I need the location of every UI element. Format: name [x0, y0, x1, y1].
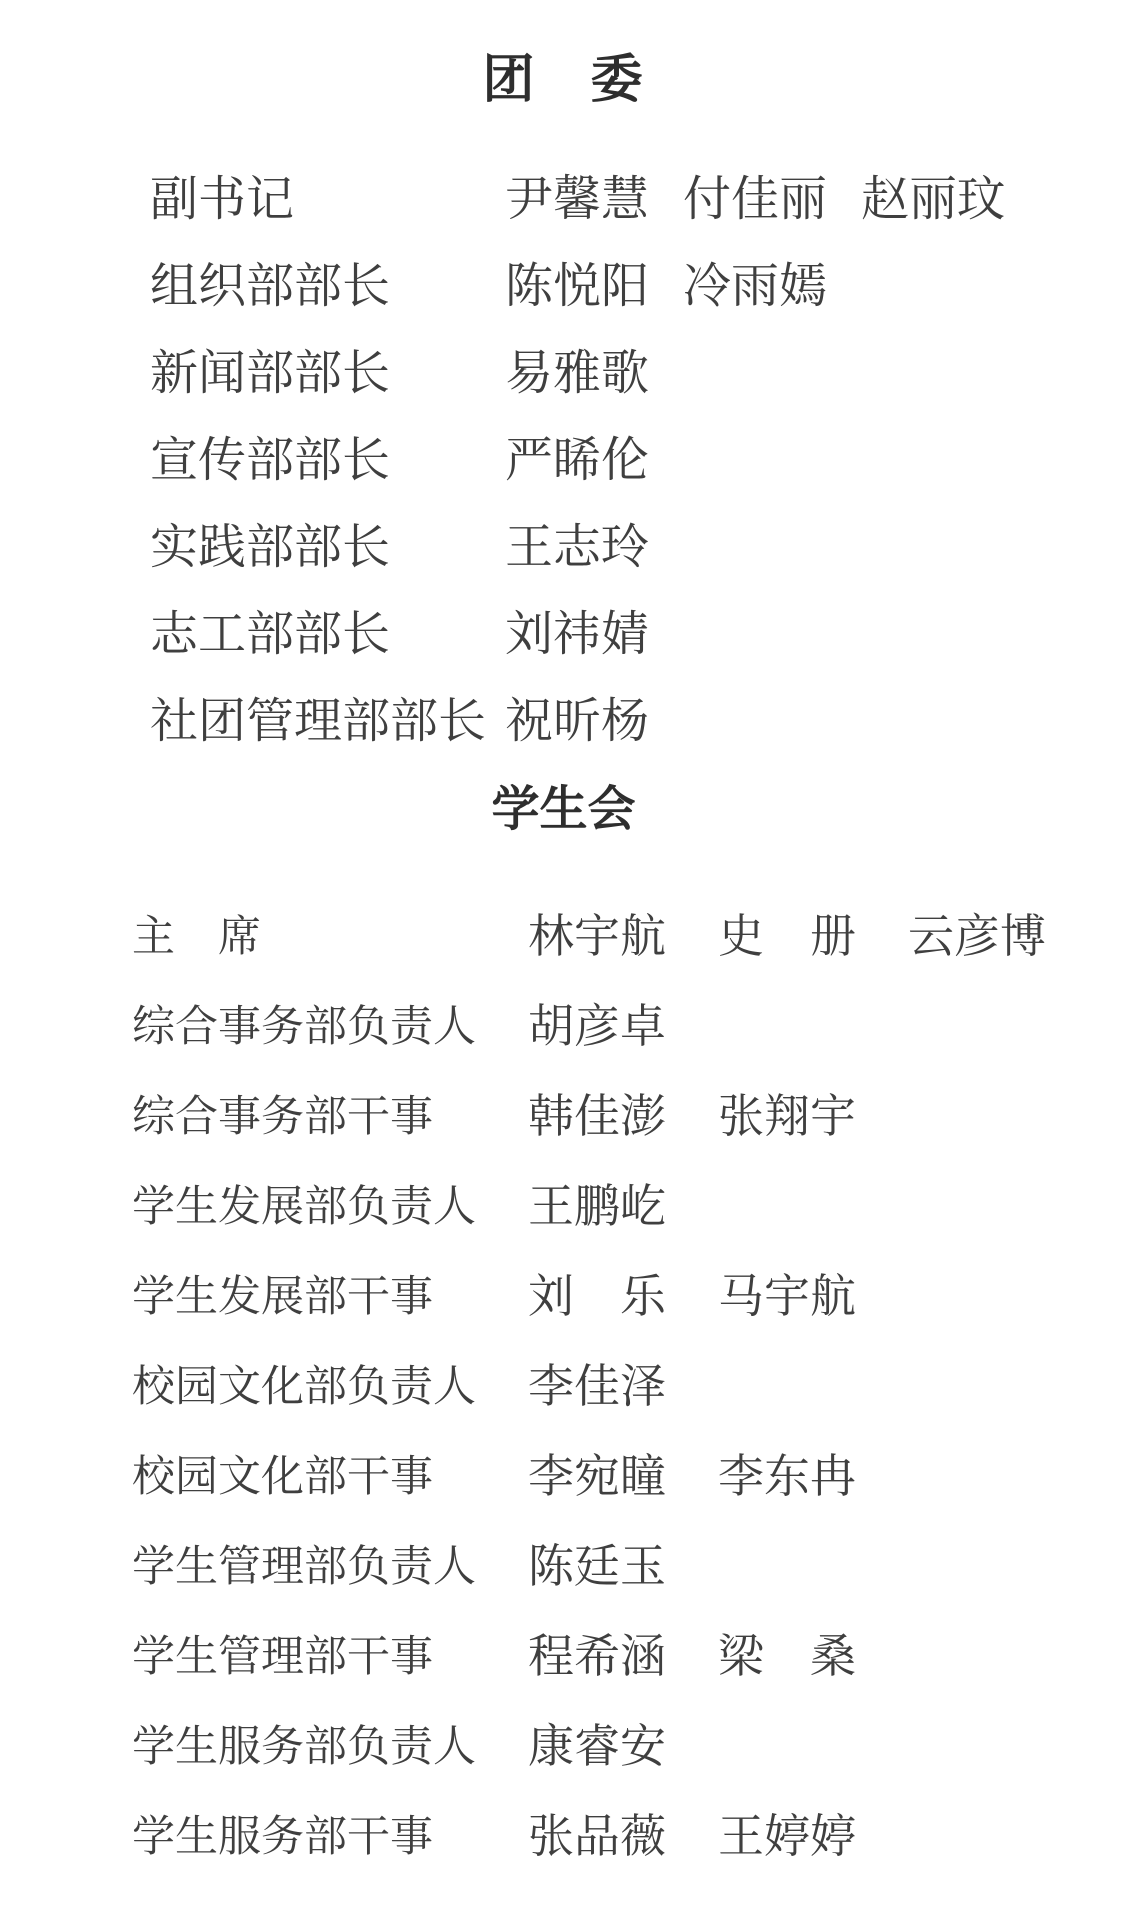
role-label: 主 席 — [0, 903, 528, 964]
name-list: 陈廷玉 — [528, 1530, 666, 1596]
member-row: 新闻部部长易雅歌 — [0, 325, 1127, 412]
member-row: 校园文化部干事李宛瞳李东冉 — [0, 1428, 1127, 1518]
name-list: 韩佳澎张翔宇 — [528, 1080, 856, 1146]
member-name: 张翔宇 — [718, 1080, 856, 1146]
member-row: 组织部部长陈悦阳冷雨嫣 — [0, 238, 1127, 325]
member-name: 马宇航 — [718, 1260, 856, 1326]
member-row: 志工部部长刘祎婧 — [0, 586, 1127, 673]
member-name: 李佳泽 — [528, 1350, 666, 1416]
member-row: 校园文化部负责人李佳泽 — [0, 1338, 1127, 1428]
role-label: 新闻部部长 — [0, 334, 505, 403]
role-label: 组织部部长 — [0, 247, 505, 316]
member-name: 王婷婷 — [718, 1800, 856, 1866]
name-list: 刘祎婧 — [505, 595, 649, 664]
youth-league-member-list: 副书记尹馨慧付佳丽赵丽玟组织部部长陈悦阳冷雨嫣新闻部部长易雅歌宣传部部长严睎伦实… — [0, 151, 1127, 760]
name-list: 康睿安 — [528, 1710, 666, 1776]
member-row: 综合事务部负责人胡彦卓 — [0, 978, 1127, 1068]
role-label: 学生服务部负责人 — [0, 1713, 528, 1774]
member-row: 副书记尹馨慧付佳丽赵丽玟 — [0, 151, 1127, 238]
member-name: 陈廷玉 — [528, 1530, 666, 1596]
member-row: 社团管理部部长祝昕杨 — [0, 673, 1127, 760]
name-list: 王志玲 — [505, 508, 649, 577]
member-name: 胡彦卓 — [528, 990, 666, 1056]
name-list: 胡彦卓 — [528, 990, 666, 1056]
member-name: 陈悦阳 — [505, 247, 649, 316]
member-row: 学生管理部负责人陈廷玉 — [0, 1518, 1127, 1608]
name-list: 严睎伦 — [505, 421, 649, 490]
member-name: 祝昕杨 — [505, 682, 649, 751]
role-label: 综合事务部负责人 — [0, 993, 528, 1054]
role-label: 学生管理部干事 — [0, 1623, 528, 1684]
member-name: 赵丽玟 — [861, 160, 1005, 229]
role-label: 学生发展部负责人 — [0, 1173, 528, 1234]
name-list: 尹馨慧付佳丽赵丽玟 — [505, 160, 1005, 229]
member-row: 学生服务部干事张品薇王婷婷 — [0, 1788, 1127, 1878]
member-name: 尹馨慧 — [505, 160, 649, 229]
member-row: 学生服务部负责人康睿安 — [0, 1698, 1127, 1788]
role-label: 副书记 — [0, 160, 505, 229]
member-name: 张品薇 — [528, 1800, 666, 1866]
member-name: 梁 桑 — [718, 1620, 856, 1686]
member-row: 综合事务部干事韩佳澎张翔宇 — [0, 1068, 1127, 1158]
member-name: 李宛瞳 — [528, 1440, 666, 1506]
member-row: 主 席林宇航史 册云彦博 — [0, 888, 1127, 978]
name-list: 程希涵梁 桑 — [528, 1620, 856, 1686]
role-label: 社团管理部部长 — [0, 682, 505, 751]
student-union-member-list: 主 席林宇航史 册云彦博综合事务部负责人胡彦卓综合事务部干事韩佳澎张翔宇学生发展… — [0, 888, 1127, 1878]
member-name: 付佳丽 — [683, 160, 827, 229]
document-page: 团 委 副书记尹馨慧付佳丽赵丽玟组织部部长陈悦阳冷雨嫣新闻部部长易雅歌宣传部部长… — [0, 0, 1127, 1914]
role-label: 校园文化部干事 — [0, 1443, 528, 1504]
role-label: 学生发展部干事 — [0, 1263, 528, 1324]
name-list: 王鹏屹 — [528, 1170, 666, 1236]
member-name: 韩佳澎 — [528, 1080, 666, 1146]
member-name: 冷雨嫣 — [683, 247, 827, 316]
name-list: 陈悦阳冷雨嫣 — [505, 247, 827, 316]
role-label: 宣传部部长 — [0, 421, 505, 490]
member-name: 林宇航 — [528, 900, 666, 966]
member-row: 学生管理部干事程希涵梁 桑 — [0, 1608, 1127, 1698]
role-label: 学生管理部负责人 — [0, 1533, 528, 1594]
section-title-student-union: 学生会 — [0, 782, 1127, 838]
member-name: 严睎伦 — [505, 421, 649, 490]
member-name: 史 册 — [718, 900, 856, 966]
member-name: 程希涵 — [528, 1620, 666, 1686]
member-name: 刘 乐 — [528, 1260, 666, 1326]
name-list: 张品薇王婷婷 — [528, 1800, 856, 1866]
role-label: 学生服务部干事 — [0, 1803, 528, 1864]
role-label: 综合事务部干事 — [0, 1083, 528, 1144]
name-list: 李宛瞳李东冉 — [528, 1440, 856, 1506]
member-name: 王鹏屹 — [528, 1170, 666, 1236]
member-row: 学生发展部负责人王鹏屹 — [0, 1158, 1127, 1248]
member-row: 学生发展部干事刘 乐马宇航 — [0, 1248, 1127, 1338]
member-row: 宣传部部长严睎伦 — [0, 412, 1127, 499]
member-name: 刘祎婧 — [505, 595, 649, 664]
member-name: 易雅歌 — [505, 334, 649, 403]
member-name: 王志玲 — [505, 508, 649, 577]
role-label: 志工部部长 — [0, 595, 505, 664]
member-name: 云彦博 — [908, 900, 1046, 966]
name-list: 刘 乐马宇航 — [528, 1260, 856, 1326]
role-label: 校园文化部负责人 — [0, 1353, 528, 1414]
role-label: 实践部部长 — [0, 508, 505, 577]
member-row: 实践部部长王志玲 — [0, 499, 1127, 586]
name-list: 易雅歌 — [505, 334, 649, 403]
member-name: 李东冉 — [718, 1440, 856, 1506]
name-list: 林宇航史 册云彦博 — [528, 900, 1046, 966]
section-title-youth-league: 团 委 — [0, 40, 1127, 120]
name-list: 李佳泽 — [528, 1350, 666, 1416]
name-list: 祝昕杨 — [505, 682, 649, 751]
member-name: 康睿安 — [528, 1710, 666, 1776]
